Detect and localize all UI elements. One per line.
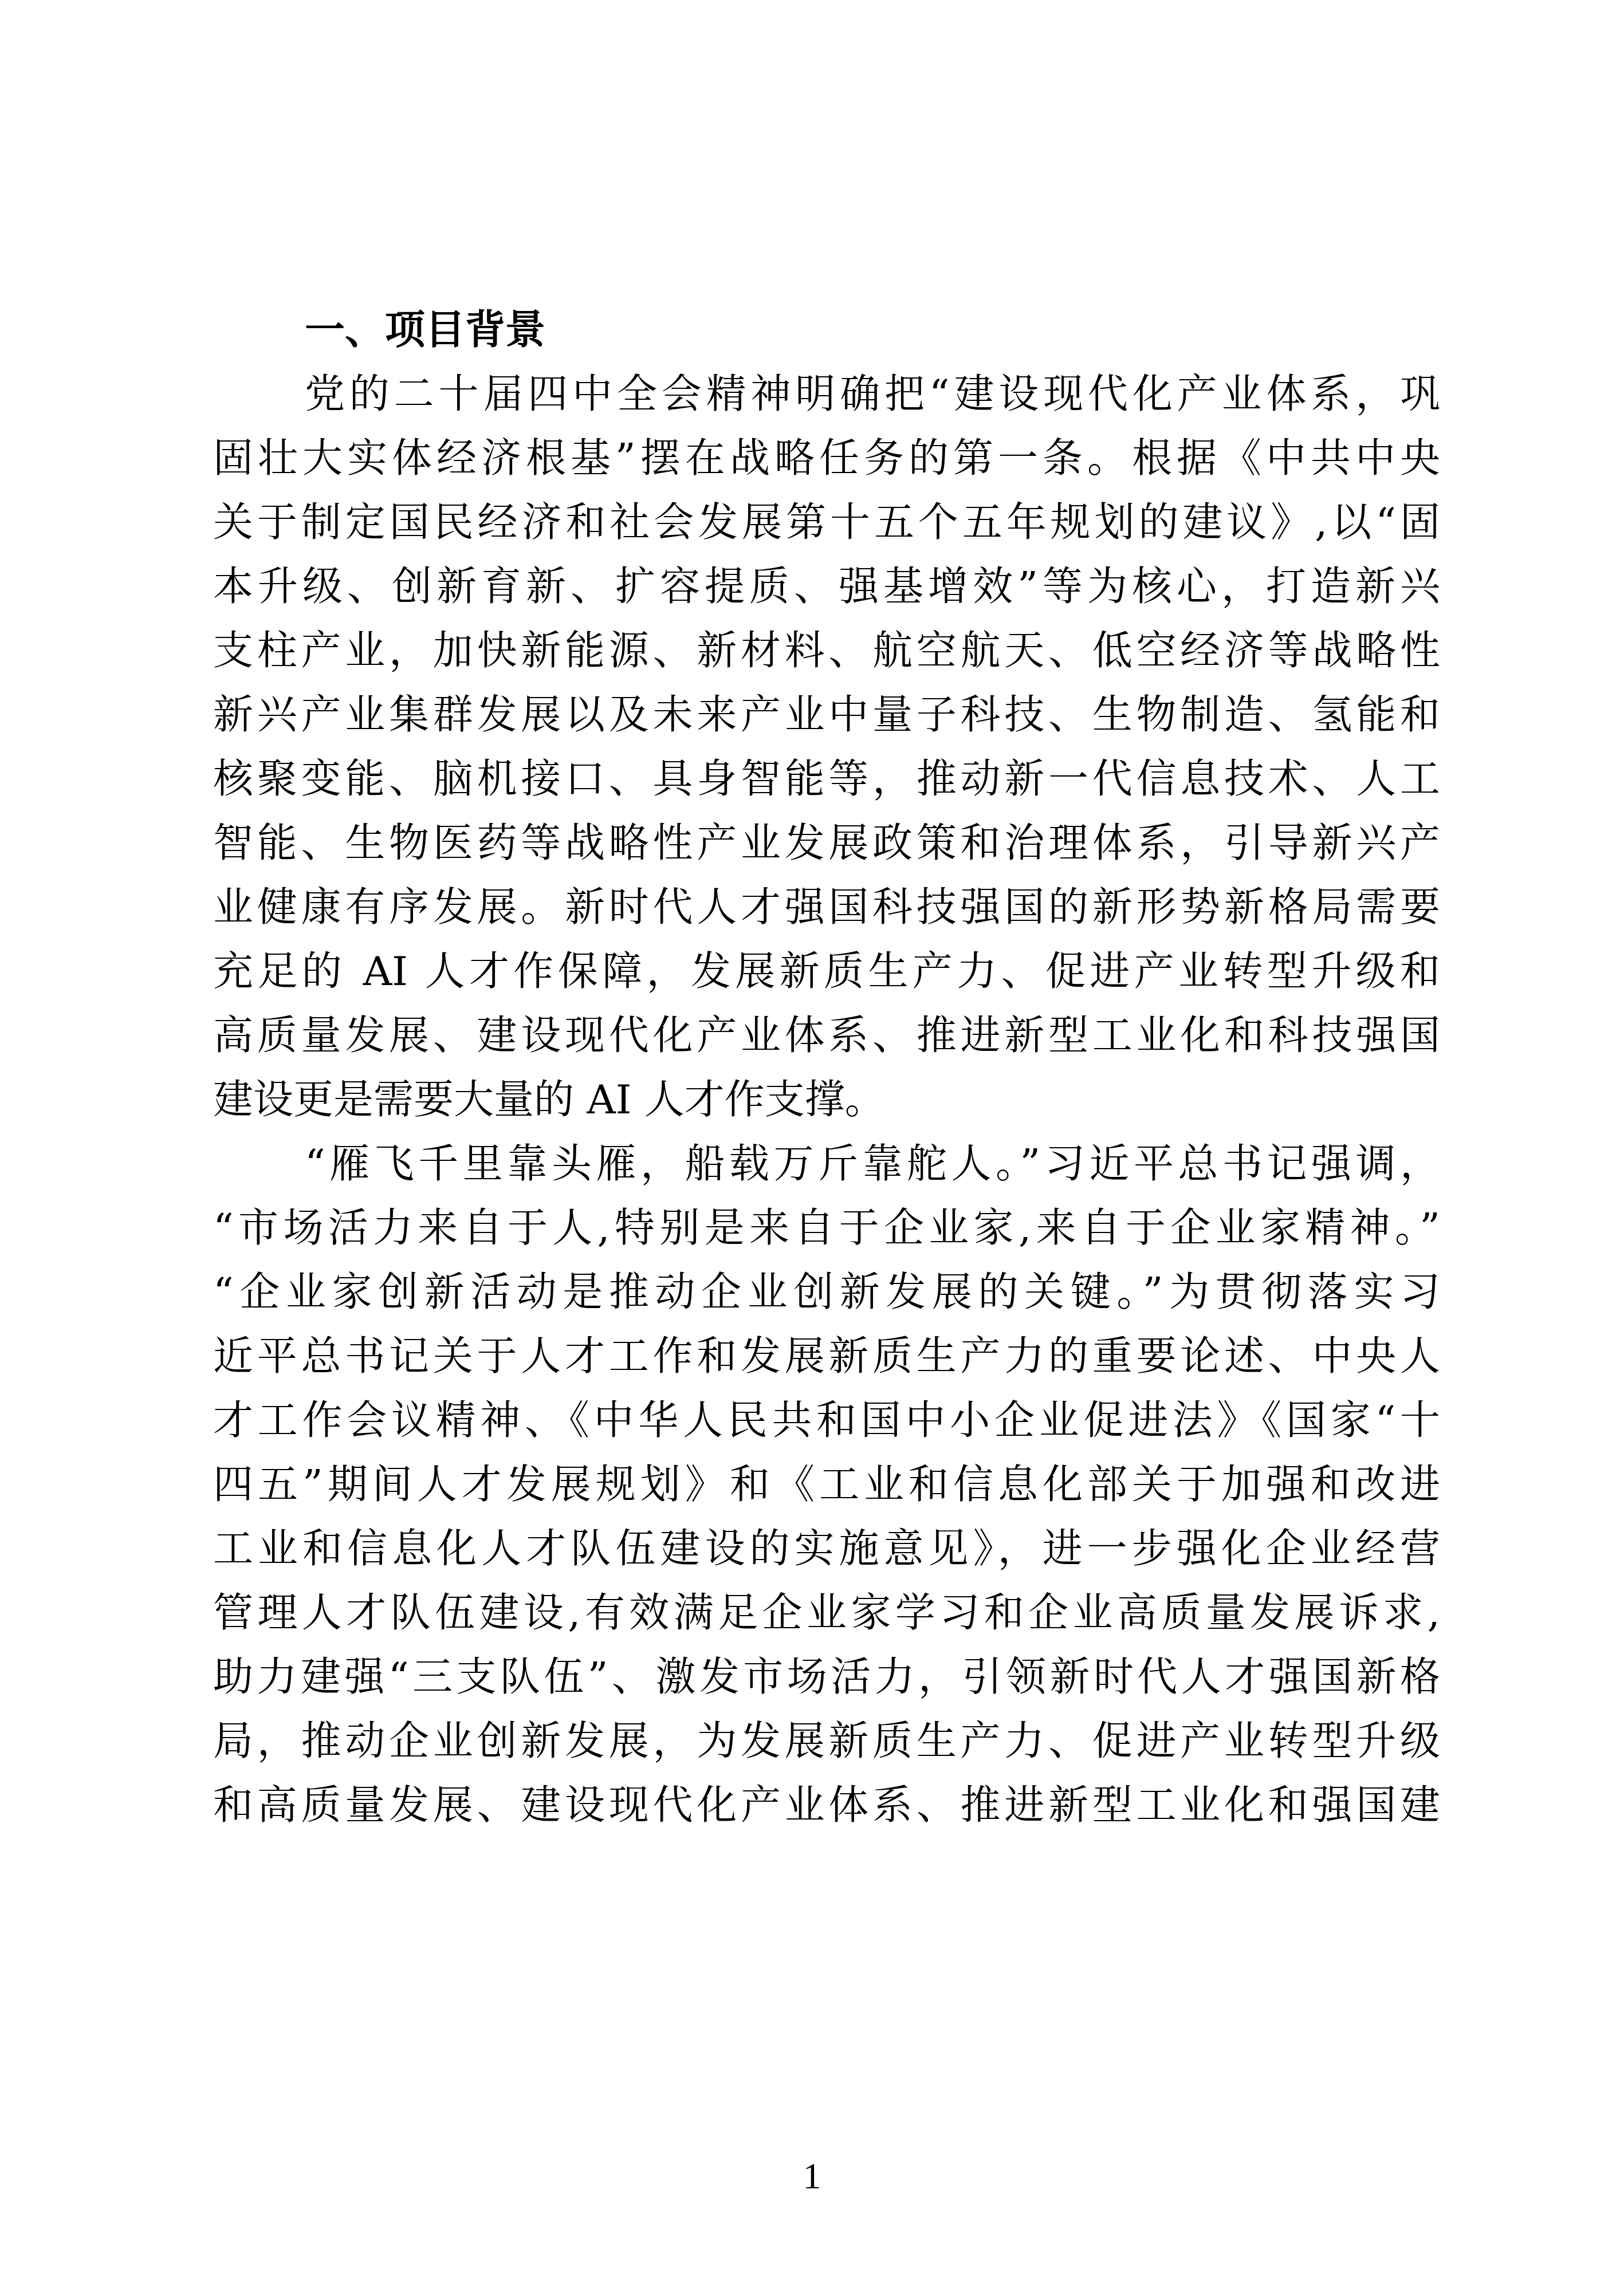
text-line: 工业和信息化人才队伍建设的实施意见》，进一步强化企业经营	[213, 1517, 1440, 1581]
paragraph-background: 党的二十届四中全会精神明确把“建设现代化产业体系，巩 固壮大实体经济根基”摆在战…	[213, 362, 1440, 1132]
text-line: 支柱产业，加快新能源、新材料、航空航天、低空经济等战略性	[213, 619, 1440, 683]
text-line: 智能、生物医药等战略性产业发展政策和治理体系，引导新兴产	[213, 811, 1440, 875]
text-line: 新兴产业集群发展以及未来产业中量子科技、生物制造、氢能和	[213, 683, 1440, 747]
text-line: 固壮大实体经济根基”摆在战略任务的第一条。根据《中共中央	[213, 426, 1440, 490]
paragraph-leadership-quote: “雁飞千里靠头雁，船载万斤靠舵人。”习近平总书记强调， “市场活力来自于人,特别…	[213, 1132, 1440, 1837]
text-line: 本升级、创新育新、扩容提质、强基增效”等为核心，打造新兴	[213, 554, 1440, 619]
text-line: “市场活力来自于人,特别是来自于企业家,来自于企业家精神。”	[213, 1196, 1440, 1260]
page-number: 1	[0, 2153, 1624, 2199]
text-line: “企业家创新活动是推动企业创新发展的关键。”为贯彻落实习	[213, 1260, 1440, 1324]
text-line: 党的二十届四中全会精神明确把“建设现代化产业体系，巩	[213, 362, 1440, 426]
text-line: 四五”期间人才发展规划》和《工业和信息化部关于加强和改进	[213, 1452, 1440, 1517]
text-line: “雁飞千里靠头雁，船载万斤靠舵人。”习近平总书记强调，	[213, 1132, 1440, 1196]
text-line: 和高质量发展、建设现代化产业体系、推进新型工业化和强国建	[213, 1773, 1440, 1837]
section-heading: 一、项目背景	[213, 298, 1440, 362]
text-line: 近平总书记关于人才工作和发展新质生产力的重要论述、中央人	[213, 1324, 1440, 1388]
text-line: 管理人才队伍建设,有效满足企业家学习和企业高质量发展诉求,	[213, 1581, 1440, 1645]
page-content: 一、项目背景 党的二十届四中全会精神明确把“建设现代化产业体系，巩 固壮大实体经…	[213, 298, 1440, 1837]
document-page: 一、项目背景 党的二十届四中全会精神明确把“建设现代化产业体系，巩 固壮大实体经…	[0, 0, 1624, 2296]
text-line: 高质量发展、建设现代化产业体系、推进新型工业化和科技强国	[213, 1003, 1440, 1068]
text-line: 充足的 AI 人才作保障，发展新质生产力、促进产业转型升级和	[213, 939, 1440, 1003]
text-line: 助力建强“三支队伍”、激发市场活力，引领新时代人才强国新格	[213, 1645, 1440, 1709]
text-line: 核聚变能、脑机接口、具身智能等，推动新一代信息技术、人工	[213, 747, 1440, 811]
text-line: 才工作会议精神、《中华人民共和国中小企业促进法》《国家“十	[213, 1388, 1440, 1452]
text-line: 关于制定国民经济和社会发展第十五个五年规划的建议》,以“固	[213, 490, 1440, 554]
text-line: 建设更是需要大量的 AI 人才作支撑。	[213, 1068, 1440, 1132]
text-line: 业健康有序发展。新时代人才强国科技强国的新形势新格局需要	[213, 875, 1440, 939]
text-line: 局，推动企业创新发展，为发展新质生产力、促进产业转型升级	[213, 1709, 1440, 1773]
